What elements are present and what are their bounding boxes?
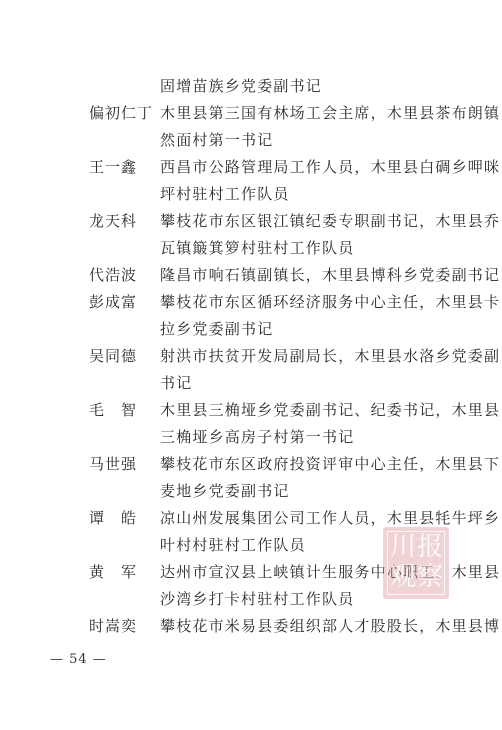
- person-name: 谭 皓: [89, 505, 160, 559]
- person-name: 偏初仁丁: [89, 100, 160, 154]
- person-name: 马世强: [89, 451, 160, 505]
- position-description: 隆昌市响石镇副镇长，木里县博科乡党委副书记: [160, 262, 452, 289]
- list-item: 彭成富 攀枝花市东区循环经济服务中心主任，木里县卡 拉乡党委副书记: [0, 289, 502, 343]
- list-item: 固增苗族乡党委副书记: [0, 73, 502, 100]
- stamp-char: 观: [390, 563, 416, 591]
- position-description: 攀枝花市东区政府投资评审中心主任，木里县下 麦地乡党委副书记: [160, 451, 452, 505]
- person-name: 黄 军: [89, 559, 160, 613]
- list-item: 吴同德 射洪市扶贫开发局副局长，木里县水洛乡党委副 书记: [0, 343, 502, 397]
- list-item: 毛 智 木里县三桷垭乡党委副书记、纪委书记，木里县 三桷垭乡高房子村第一书记: [0, 397, 502, 451]
- person-name: 时嵩奕: [89, 613, 160, 640]
- stamp-char: 察: [417, 563, 443, 591]
- person-name: 彭成富: [89, 289, 160, 343]
- list-item: 马世强 攀枝花市东区政府投资评审中心主任，木里县下 麦地乡党委副书记: [0, 451, 502, 505]
- list-item: 时嵩奕 攀枝花市米易县委组织部人才股股长，木里县博: [0, 613, 502, 640]
- person-name: 代浩波: [89, 262, 160, 289]
- list-item: 代浩波 隆昌市响石镇副镇长，木里县博科乡党委副书记: [0, 262, 502, 289]
- position-description: 固增苗族乡党委副书记: [160, 73, 452, 100]
- position-description: 木里县第三国有林场工会主席，木里县茶布朗镇 然面村第一书记: [160, 100, 452, 154]
- person-name: 吴同德: [89, 343, 160, 397]
- position-description: 攀枝花市米易县委组织部人才股股长，木里县博: [160, 613, 452, 640]
- person-name: 龙天科: [89, 208, 160, 262]
- stamp-char: 川: [390, 533, 416, 561]
- position-description: 射洪市扶贫开发局副局长，木里县水洛乡党委副 书记: [160, 343, 452, 397]
- list-item: 龙天科 攀枝花市东区银江镇纪委专职副书记，木里县乔 瓦镇簸箕箩村驻村工作队员: [0, 208, 502, 262]
- position-description: 攀枝花市东区银江镇纪委专职副书记，木里县乔 瓦镇簸箕箩村驻村工作队员: [160, 208, 452, 262]
- stamp-char: 报: [417, 533, 443, 561]
- page-number: — 54 —: [50, 652, 107, 667]
- position-description: 木里县三桷垭乡党委副书记、纪委书记，木里县 三桷垭乡高房子村第一书记: [160, 397, 452, 451]
- watermark-stamp: 川 报 观 察: [383, 527, 449, 599]
- position-description: 西昌市公路管理局工作人员，木里县白碉乡呷咪 坪村驻村工作队员: [160, 154, 452, 208]
- person-name: 王一鑫: [89, 154, 160, 208]
- person-name: 毛 智: [89, 397, 160, 451]
- list-item: 偏初仁丁 木里县第三国有林场工会主席，木里县茶布朗镇 然面村第一书记: [0, 100, 502, 154]
- position-description: 攀枝花市东区循环经济服务中心主任，木里县卡 拉乡党委副书记: [160, 289, 452, 343]
- list-item: 王一鑫 西昌市公路管理局工作人员，木里县白碉乡呷咪 坪村驻村工作队员: [0, 154, 502, 208]
